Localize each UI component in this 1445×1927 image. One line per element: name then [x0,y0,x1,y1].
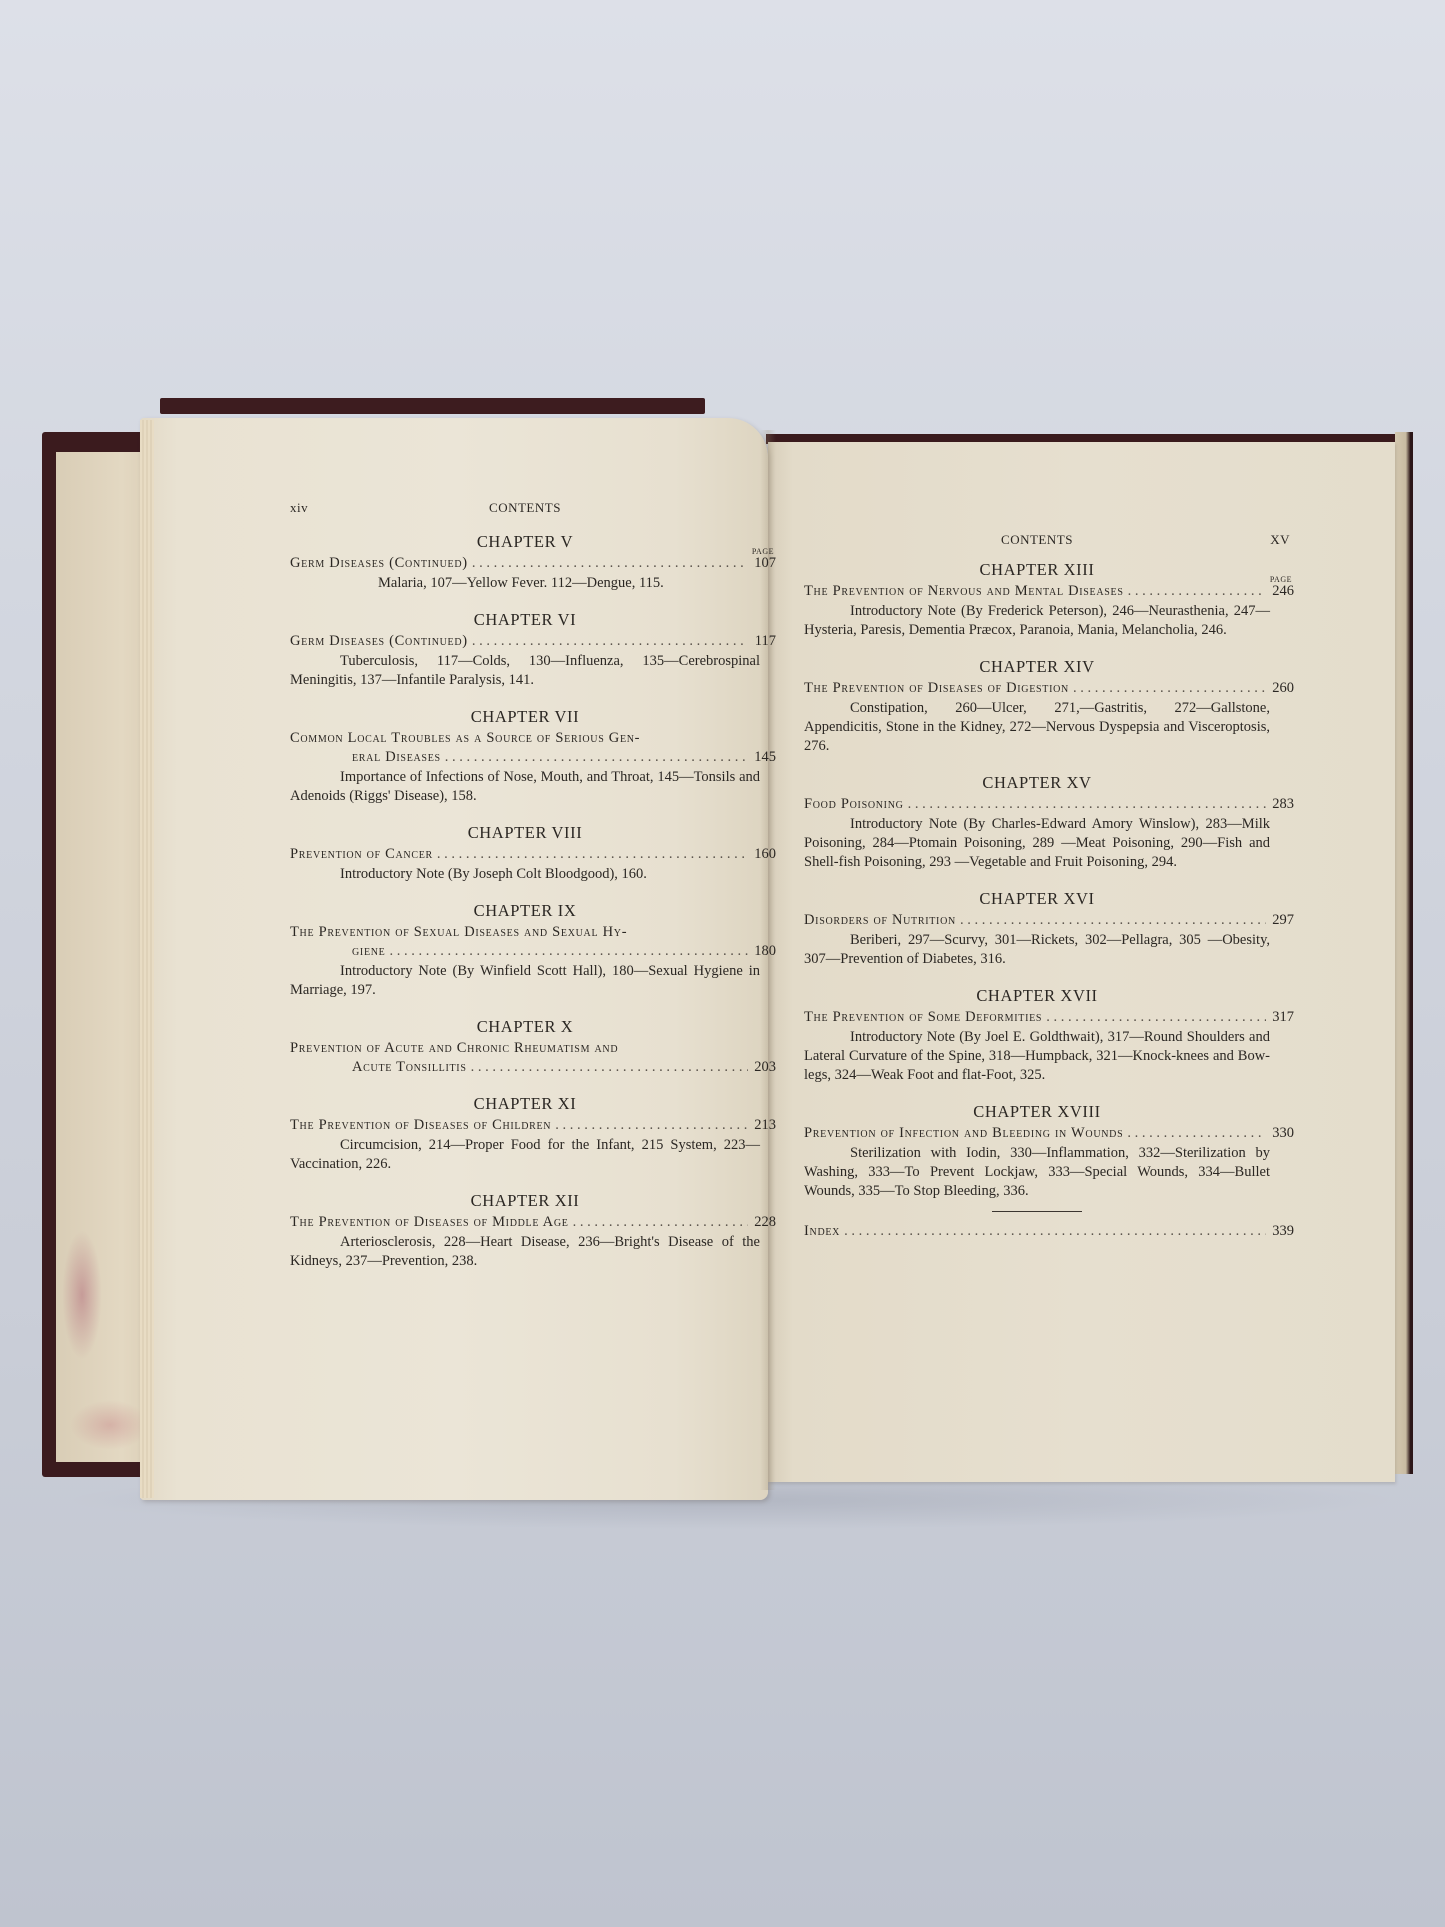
chapter-heading: CHAPTER IX [290,901,760,920]
folio: XV [1270,530,1290,549]
chapter-title-continued: giene [352,942,386,961]
page-number: 283 [1270,795,1294,814]
chapter-heading: CHAPTER XI [290,1094,760,1113]
page-number: 228 [752,1213,776,1232]
toc-entry: Prevention of Cancer160 Introductory Not… [290,845,760,884]
chapter-heading: CHAPTER XVII [804,986,1270,1005]
toc-entry-index: Index339 [804,1222,1270,1241]
chapter-title: Prevention of Infection and Bleeding in … [804,1124,1123,1143]
chapter-heading: CHAPTER XVIII [804,1102,1270,1121]
endpaper-stain [62,1230,102,1360]
toc-entry: Disorders of Nutrition297 Beriberi, 297—… [804,911,1270,969]
chapter-heading: CHAPTER VII [290,707,760,726]
endpaper-stain [70,1400,150,1450]
page-column-label: PAGE [1270,570,1292,589]
chapter-heading: CHAPTER VIII [290,823,760,842]
chapter-heading: CHAPTER VI [290,610,760,629]
running-head: CONTENTS XV [804,530,1270,552]
chapter-description: Introductory Note (By Frederick Peterson… [804,602,1270,640]
chapter-title: Germ Diseases (Continued) [290,554,468,573]
toc-entry: Prevention of Infection and Bleeding in … [804,1124,1270,1201]
chapter-heading: CHAPTER XVI [804,889,1270,908]
running-head: xiv CONTENTS [290,498,760,520]
index-title: Index [804,1222,840,1241]
toc-entry: Food Poisoning283 Introductory Note (By … [804,795,1270,872]
page-number: 297 [1270,911,1294,930]
chapter-title-continued: eral Diseases [352,748,441,767]
chapter-title: Prevention of Acute and Chronic Rheumati… [290,1039,760,1058]
chapter-title: The Prevention of Some Deformities [804,1008,1042,1027]
chapter-title-continued: Acute Tonsillitis [352,1058,467,1077]
chapter-title: The Prevention of Diseases of Children [290,1116,551,1135]
toc-entry: PAGE Germ Diseases (Continued)107 Malari… [290,554,760,593]
chapter-description: Importance of Infections of Nose, Mouth,… [290,768,760,806]
page-number: 317 [1270,1008,1294,1027]
chapter-description: Introductory Note (By Joseph Colt Bloodg… [290,865,760,884]
page-number: 213 [752,1116,776,1135]
book-cover-top-edge [160,398,705,414]
right-page-contents: CONTENTS XV CHAPTER XIII PAGE The Preven… [804,530,1270,1241]
chapter-title: The Prevention of Diseases of Middle Age [290,1213,569,1232]
toc-entry: The Prevention of Some Deformities317 In… [804,1008,1270,1085]
chapter-heading: CHAPTER V [290,532,760,551]
toc-entry: Prevention of Acute and Chronic Rheumati… [290,1039,760,1077]
chapter-description: Arteriosclerosis, 228—Heart Disease, 236… [290,1233,760,1271]
chapter-description: Tuberculosis, 117—Colds, 130—Influenza, … [290,652,760,690]
chapter-title: The Prevention of Nervous and Mental Dis… [804,582,1124,601]
page-number: 330 [1270,1124,1294,1143]
chapter-description: Beriberi, 297—Scurvy, 301—Rickets, 302—P… [804,931,1270,969]
chapter-description: Malaria, 107—Yellow Fever. 112—Dengue, 1… [290,574,760,593]
chapter-title: Food Poisoning [804,795,904,814]
page-number: 160 [752,845,776,864]
chapter-heading: CHAPTER XIII [804,560,1270,579]
page-number: 203 [752,1058,776,1077]
chapter-title: The Prevention of Sexual Diseases and Se… [290,923,760,942]
page-number: 180 [752,942,776,961]
page-number: 145 [752,748,776,767]
left-page-contents: xiv CONTENTS CHAPTER V PAGE Germ Disease… [290,498,760,1271]
chapter-title: Prevention of Cancer [290,845,433,864]
chapter-description: Sterilization with Iodin, 330—Inflammati… [804,1144,1270,1201]
chapter-title: The Prevention of Diseases of Digestion [804,679,1069,698]
chapter-description: Introductory Note (By Winfield Scott Hal… [290,962,760,1000]
toc-entry: Common Local Troubles as a Source of Ser… [290,729,760,806]
chapter-description: Circumcision, 214—Proper Food for the In… [290,1136,760,1174]
divider-rule [992,1211,1082,1212]
toc-entry: The Prevention of Diseases of Middle Age… [290,1213,760,1271]
page-number: 260 [1270,679,1294,698]
toc-entry: The Prevention of Sexual Diseases and Se… [290,923,760,1000]
chapter-heading: CHAPTER XII [290,1191,760,1210]
chapter-title: Germ Diseases (Continued) [290,632,468,651]
running-head-title: CONTENTS [804,530,1270,549]
page-number: 117 [752,632,776,651]
chapter-description: Constipation, 260—Ulcer, 271,—Gastritis,… [804,699,1270,756]
page-number: 339 [1270,1222,1294,1241]
chapter-title: Common Local Troubles as a Source of Ser… [290,729,760,748]
page-column-label: PAGE [752,542,774,561]
chapter-heading: CHAPTER XIV [804,657,1270,676]
chapter-title: Disorders of Nutrition [804,911,956,930]
toc-entry: The Prevention of Diseases of Digestion2… [804,679,1270,756]
toc-entry: PAGE The Prevention of Nervous and Menta… [804,582,1270,640]
chapter-heading: CHAPTER XV [804,773,1270,792]
page-edges [140,420,154,1498]
toc-entry: The Prevention of Diseases of Children21… [290,1116,760,1174]
toc-entry: Germ Diseases (Continued)117 Tuberculosi… [290,632,760,690]
chapter-description: Introductory Note (By Joel E. Goldthwait… [804,1028,1270,1085]
chapter-description: Introductory Note (By Charles-Edward Amo… [804,815,1270,872]
chapter-heading: CHAPTER X [290,1017,760,1036]
running-head-title: CONTENTS [290,498,760,517]
book-cover-right-edge [1395,432,1413,1474]
